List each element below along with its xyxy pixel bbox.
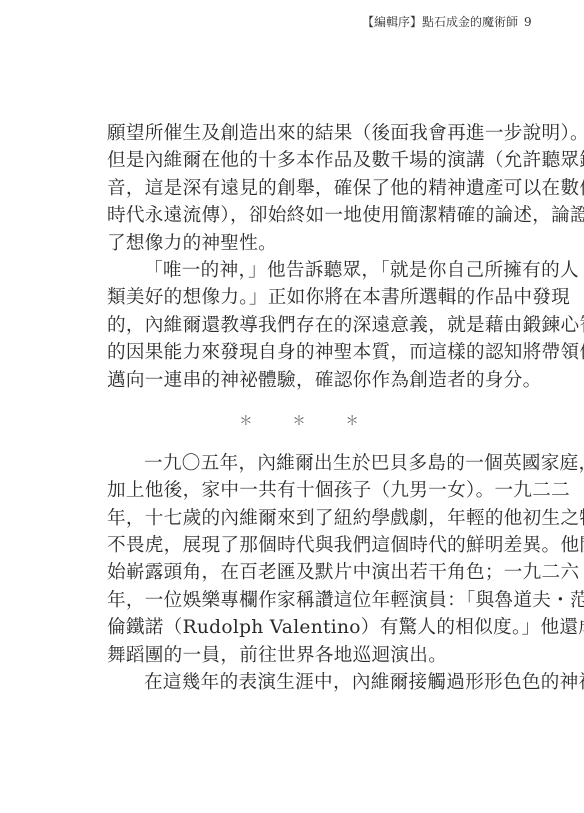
text-line: 但是內維爾在他的十多本作品及數千場的演講（允許聽眾錄 bbox=[107, 147, 491, 174]
paragraph: 「唯一的神，」他告訴聽眾，「就是你自己所擁有的人 類美好的想像力。」正如你將在本… bbox=[107, 257, 491, 394]
section-break: ＊ ＊ ＊ bbox=[107, 394, 491, 450]
text-line: 不畏虎，展現了那個時代與我們這個時代的鮮明差異。他開 bbox=[107, 532, 491, 559]
text-line: 年，十七歲的內維爾來到了紐約學戲劇，年輕的他初生之犢 bbox=[107, 505, 491, 532]
text-line: 的，內維爾還教導我們存在的深遠意義，就是藉由鍛鍊心智 bbox=[107, 312, 491, 339]
text-line: 邁向一連串的神祕體驗，確認你作為創造者的身分。 bbox=[107, 367, 491, 394]
text-line: 舞蹈團的一員，前往世界各地巡迴演出。 bbox=[107, 642, 491, 669]
text-line: 的因果能力來發現自身的神聖本質，而這樣的認知將帶領你 bbox=[107, 339, 491, 366]
text-line: 加上他後，家中一共有十個孩子（九男一女）。一九二二 bbox=[107, 477, 491, 504]
text-line: 願望所催生及創造出來的結果（後面我會再進一步說明）。 bbox=[107, 120, 491, 147]
page-number: 9 bbox=[524, 15, 532, 29]
text-line: 一九〇五年，內維爾出生於巴貝多島的一個英國家庭， bbox=[107, 450, 491, 477]
text-line: 音，這是深有遠見的創舉，確保了他的精神遺產可以在數位 bbox=[107, 175, 491, 202]
body-text: 願望所催生及創造出來的結果（後面我會再進一步說明）。 但是內維爾在他的十多本作品… bbox=[107, 120, 491, 696]
paragraph: 一九〇五年，內維爾出生於巴貝多島的一個英國家庭， 加上他後，家中一共有十個孩子（… bbox=[107, 450, 491, 669]
text-line: 「唯一的神，」他告訴聽眾，「就是你自己所擁有的人 bbox=[107, 257, 491, 284]
text-line: 倫鐵諾（Rudolph Valentino）有驚人的相似度。」他還成為 bbox=[107, 614, 491, 641]
text-line: 年，一位娛樂專欄作家稱讚這位年輕演員：「與魯道夫・范 bbox=[107, 587, 491, 614]
paragraph: 願望所催生及創造出來的結果（後面我會再進一步說明）。 但是內維爾在他的十多本作品… bbox=[107, 120, 491, 257]
text-line: 了想像力的神聖性。 bbox=[107, 230, 491, 257]
text-line: 時代永遠流傳），卻始終如一地使用簡潔精確的論述，論證 bbox=[107, 202, 491, 229]
text-line: 在這幾年的表演生涯中，內維爾接觸過形形色色的神祕 bbox=[107, 669, 491, 696]
running-header: 【編輯序】點石成金的魔術師9 bbox=[362, 13, 492, 31]
paragraph: 在這幾年的表演生涯中，內維爾接觸過形形色色的神祕 bbox=[107, 669, 491, 696]
text-line: 類美好的想像力。」正如你將在本書所選輯的作品中發現 bbox=[107, 284, 491, 311]
running-title: 【編輯序】點石成金的魔術師 bbox=[362, 15, 518, 29]
text-line: 始嶄露頭角，在百老匯及默片中演出若干角色；一九二六 bbox=[107, 559, 491, 586]
